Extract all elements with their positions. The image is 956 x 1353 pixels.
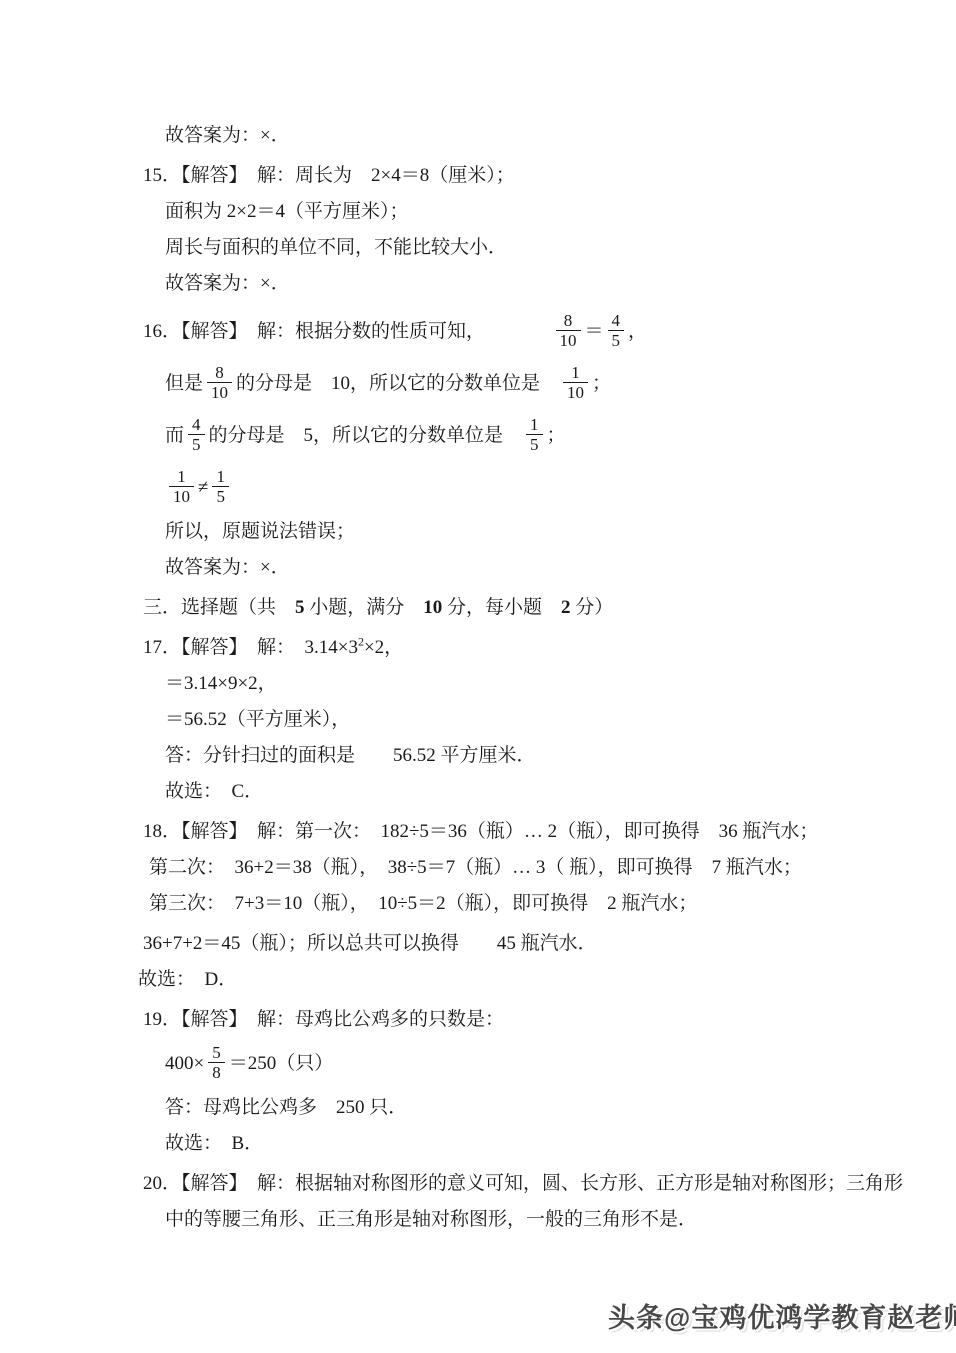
fraction-denominator: 5 xyxy=(526,434,543,455)
item-17-solution: 17．【解答】 解： 3.14×32×2， xyxy=(143,630,956,666)
text-segment: 第三次： 7+3＝10（瓶）， 10÷5＝2（瓶），即可换得 2 瓶汽水； xyxy=(149,893,697,914)
fraction-denominator: 5 xyxy=(608,330,625,351)
item-19-choice: 故选： B． xyxy=(165,1126,956,1162)
item-19-solution: 19．【解答】 解：母鸡比公鸡多的只数是： xyxy=(143,1002,956,1038)
fraction-numerator: 1 xyxy=(526,415,543,435)
answer-14-conclusion: 故答案为：×． xyxy=(165,118,956,154)
text-segment: 分） xyxy=(571,597,614,618)
item-17-step2: ＝3.14×9×2， xyxy=(165,666,956,702)
fraction-denominator: 10 xyxy=(169,486,194,507)
fraction: 15 xyxy=(212,467,229,507)
item-16-conclusion: 故答案为：×． xyxy=(165,550,956,586)
fraction-numerator: 1 xyxy=(173,467,190,487)
text-segment: 的分母是 10，所以它的分数单位是 xyxy=(236,373,559,394)
item-17-answer: 答：分针扫过的面积是 56.52 平方厘米． xyxy=(165,738,956,774)
item-16-line2: 但是810的分母是 10，所以它的分数单位是 110； xyxy=(165,358,956,410)
text-segment: ＝3.14×9×2， xyxy=(165,673,277,694)
text-segment: 第二次： 36+2＝38（瓶）， 38÷5＝7（瓶）… 3（ 瓶），即可换得 7… xyxy=(149,857,802,878)
answer-sheet-page: 故答案为：×．15．【解答】 解：周长为 2×4＝8（厘米）；面积为 2×2＝4… xyxy=(0,0,956,1353)
fraction-denominator: 5 xyxy=(212,486,229,507)
fraction-denominator: 5 xyxy=(188,434,205,455)
text-segment: 面积为 2×2＝4（平方厘米）； xyxy=(165,201,408,222)
item-15-area: 面积为 2×2＝4（平方厘米）； xyxy=(165,194,956,230)
fraction: 45 xyxy=(608,311,625,351)
item-18-round2: 第二次： 36+2＝38（瓶）， 38÷5＝7（瓶）… 3（ 瓶），即可换得 7… xyxy=(149,850,956,886)
item-15-note: 周长与面积的单位不同，不能比较大小． xyxy=(165,230,956,266)
text-segment: 的分母是 5，所以它的分数单位是 xyxy=(209,425,523,446)
item-18-total: 36+7+2＝45（瓶）；所以总共可以换得 45 瓶汽水． xyxy=(143,926,956,962)
text-segment: ≠ xyxy=(198,477,208,498)
text-segment: ； xyxy=(592,373,611,394)
fraction-denominator: 10 xyxy=(556,330,581,351)
section-3-heading: 三．选择题（共 5 小题，满分 10 分，每小题 2 分） xyxy=(143,590,956,626)
text-segment: 故答案为：×． xyxy=(165,125,290,146)
bold-number: 10 xyxy=(423,597,442,618)
text-segment: 故答案为：×． xyxy=(165,273,290,294)
fraction: 110 xyxy=(169,467,194,507)
text-segment: 15．【解答】 解：周长为 2×4＝8（厘米）； xyxy=(143,165,515,186)
item-16-line3: 而45的分母是 5，所以它的分数单位是 15； xyxy=(165,410,956,462)
fraction-numerator: 4 xyxy=(608,311,625,331)
text-segment: 分，每小题 xyxy=(442,597,561,618)
fraction: 810 xyxy=(207,363,232,403)
fraction-numerator: 8 xyxy=(211,363,228,383)
bold-number: 2 xyxy=(561,597,571,618)
text-segment: 三．选择题（共 xyxy=(143,597,295,618)
fraction-denominator: 10 xyxy=(207,382,232,403)
text-segment: 20．【解答】 解：根据轴对称图形的意义可知，圆、长方形、正方形是轴对称图形；三… xyxy=(143,1173,903,1194)
text-segment: 答：母鸡比公鸡多 250 只． xyxy=(165,1097,407,1118)
text-segment: 中的等腰三角形、正三角形是轴对称图形，一般的三角形不是． xyxy=(165,1209,697,1230)
bold-number: 5 xyxy=(295,597,305,618)
text-segment: 答：分针扫过的面积是 56.52 平方厘米． xyxy=(165,745,536,766)
text-segment: ＝56.52（平方厘米）， xyxy=(165,709,350,730)
item-20-solution: 20．【解答】 解：根据轴对称图形的意义可知，圆、长方形、正方形是轴对称图形；三… xyxy=(143,1166,956,1202)
text-segment: 所以，原题说法错误； xyxy=(165,521,355,542)
text-segment: 16．【解答】 解：根据分数的性质可知， xyxy=(143,321,552,342)
text-segment: ； xyxy=(547,425,566,446)
fraction-denominator: 10 xyxy=(563,382,588,403)
text-segment: 400× xyxy=(165,1053,204,1074)
text-segment: 周长与面积的单位不同，不能比较大小． xyxy=(165,237,507,258)
item-15-conclusion: 故答案为：×． xyxy=(165,266,956,302)
text-segment: ×2， xyxy=(364,637,403,658)
text-segment: 小题，满分 xyxy=(305,597,424,618)
fraction-numerator: 1 xyxy=(212,467,229,487)
item-20-line2: 中的等腰三角形、正三角形是轴对称图形，一般的三角形不是． xyxy=(165,1202,956,1238)
item-16-line5: 所以，原题说法错误； xyxy=(165,514,956,550)
text-segment: ＝250（只） xyxy=(229,1053,334,1074)
fraction: 810 xyxy=(556,311,581,351)
document-body: 故答案为：×．15．【解答】 解：周长为 2×4＝8（厘米）；面积为 2×2＝4… xyxy=(0,0,956,1238)
item-16-line4: 110≠15 xyxy=(165,462,956,514)
fraction-numerator: 5 xyxy=(208,1043,225,1063)
text-segment: 故答案为：×． xyxy=(165,557,290,578)
item-19-answer: 答：母鸡比公鸡多 250 只． xyxy=(165,1090,956,1126)
text-segment: 故选： B． xyxy=(165,1133,263,1154)
item-19-calc: 400×58＝250（只） xyxy=(165,1038,956,1090)
fraction: 58 xyxy=(208,1043,225,1083)
text-segment: 故选： D． xyxy=(138,969,237,990)
item-18-round3: 第三次： 7+3＝10（瓶）， 10÷5＝2（瓶），即可换得 2 瓶汽水； xyxy=(149,886,956,922)
text-segment: 36+7+2＝45（瓶）；所以总共可以换得 45 瓶汽水． xyxy=(143,933,597,954)
text-segment: 而 xyxy=(165,425,184,446)
fraction-numerator: 8 xyxy=(560,311,577,331)
item-18-choice: 故选： D． xyxy=(138,962,956,998)
text-segment: 故选： C． xyxy=(165,781,263,802)
text-segment: 但是 xyxy=(165,373,203,394)
watermark-text: 头条@宝鸡优鸿学教育赵老师 xyxy=(608,1296,956,1335)
text-segment: ＝ xyxy=(585,321,604,342)
item-15-solution: 15．【解答】 解：周长为 2×4＝8（厘米）； xyxy=(143,158,956,194)
text-segment: 18．【解答】 解：第一次： 182÷5＝36（瓶）… 2（瓶），即可换得 36… xyxy=(143,821,818,842)
text-segment: ， xyxy=(628,321,647,342)
item-16-solution: 16．【解答】 解：根据分数的性质可知， 810＝45， xyxy=(143,306,956,358)
fraction-denominator: 8 xyxy=(208,1062,225,1083)
text-segment: 17．【解答】 解： 3.14×3 xyxy=(143,637,358,658)
fraction: 15 xyxy=(526,415,543,455)
fraction: 110 xyxy=(563,363,588,403)
item-17-step3: ＝56.52（平方厘米）， xyxy=(165,702,956,738)
fraction-numerator: 1 xyxy=(567,363,584,383)
fraction-numerator: 4 xyxy=(188,415,205,435)
text-segment: 19．【解答】 解：母鸡比公鸡多的只数是： xyxy=(143,1009,504,1030)
fraction: 45 xyxy=(188,415,205,455)
item-17-choice: 故选： C． xyxy=(165,774,956,810)
item-18-solution: 18．【解答】 解：第一次： 182÷5＝36（瓶）… 2（瓶），即可换得 36… xyxy=(143,814,956,850)
